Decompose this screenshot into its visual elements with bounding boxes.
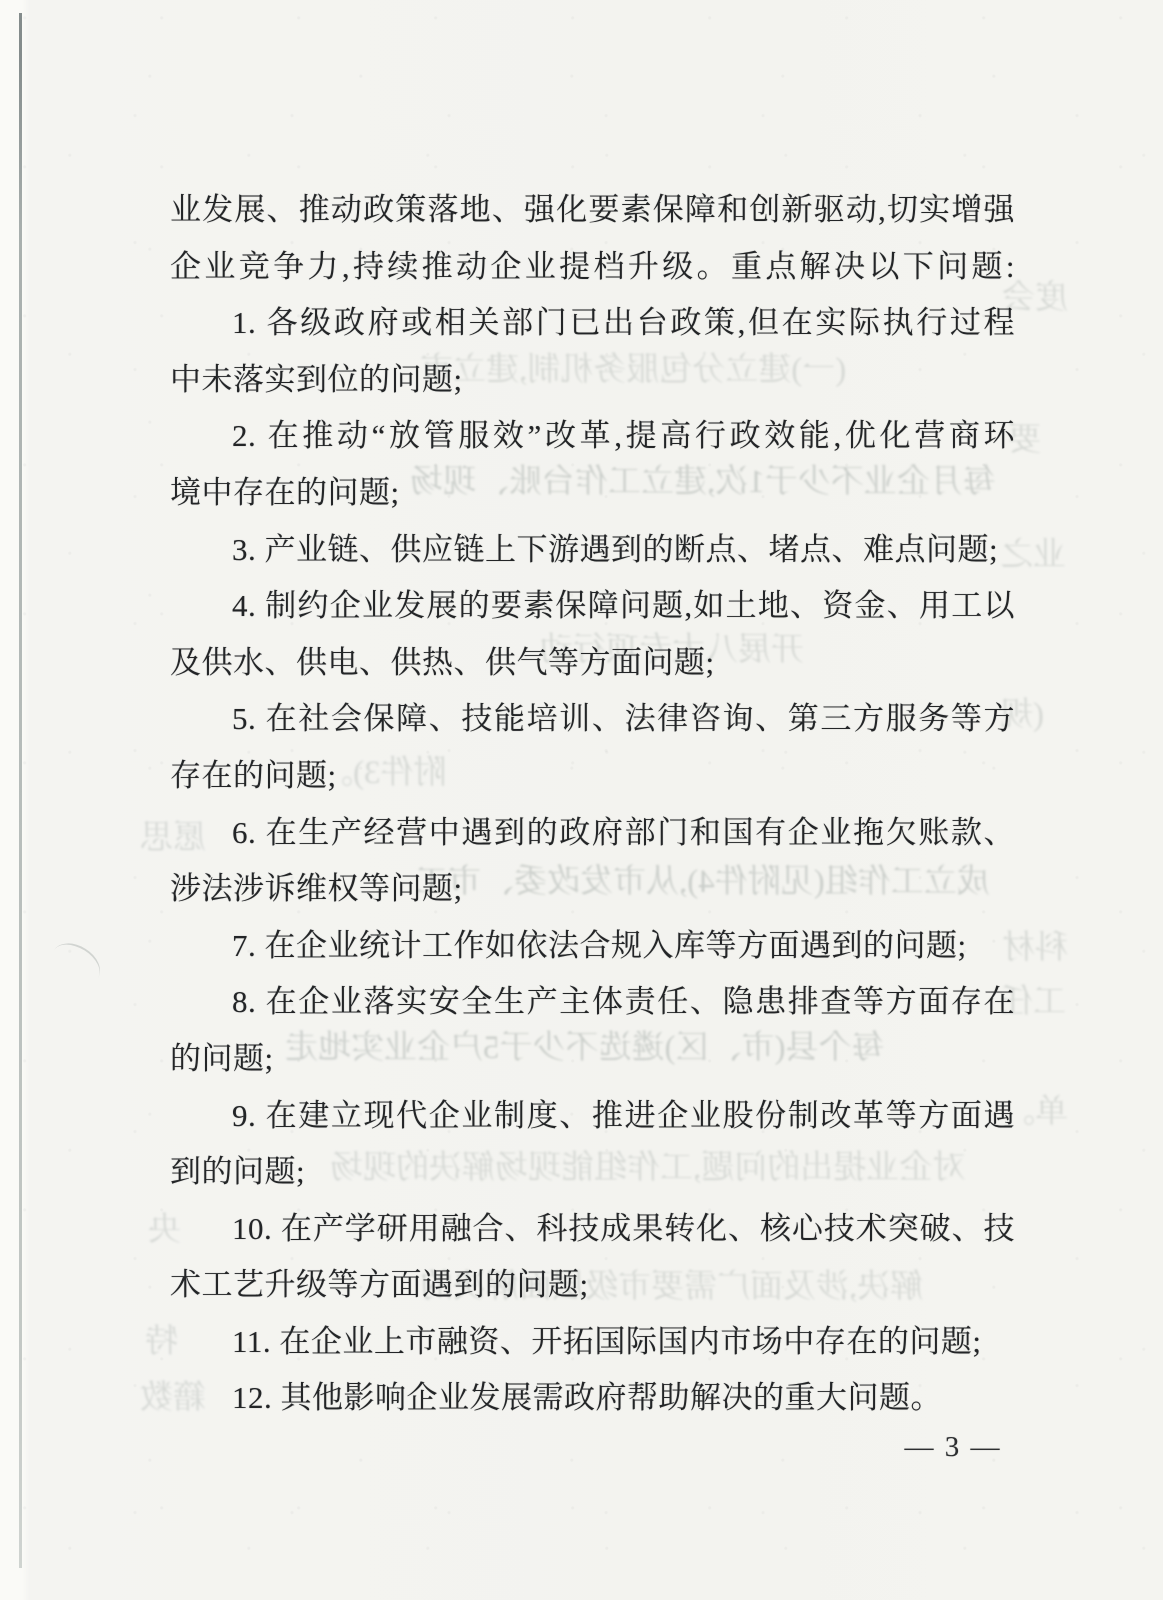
document-line: 企业竞争力,持续推动企业提档升级。重点解决以下问题:	[170, 239, 1015, 296]
document-line: 涉法涉诉维权等问题;	[170, 861, 1015, 918]
scan-binding-edge-line	[19, 13, 22, 1568]
document-line-item-12: 12. 其他影响企业发展需政府帮助解决的重大问题。	[170, 1370, 1015, 1427]
document-line-item-10: 10. 在产学研用融合、科技成果转化、核心技术突破、技	[170, 1201, 1015, 1258]
document-line-item-11: 11. 在企业上市融资、开拓国际国内市场中存在的问题;	[170, 1314, 1015, 1371]
document-line: 存在的问题;	[170, 748, 1015, 805]
page-number: — 3 —	[878, 1424, 1028, 1470]
document-body: 业发展、推动政策落地、强化要素保障和创新驱动,切实增强 企业竞争力,持续推动企业…	[170, 182, 1015, 1427]
document-line: 业发展、推动政策落地、强化要素保障和创新驱动,切实增强	[170, 182, 1015, 239]
document-line: 术工艺升级等方面遇到的问题;	[170, 1257, 1015, 1314]
document-line-item-6: 6. 在生产经营中遇到的政府部门和国有企业拖欠账款、	[170, 805, 1015, 862]
document-line: 到的问题;	[170, 1144, 1015, 1201]
document-line-item-8: 8. 在企业落实安全生产主体责任、隐患排查等方面存在	[170, 974, 1015, 1031]
document-line: 的问题;	[170, 1031, 1015, 1088]
document-line: 境中存在的问题;	[170, 465, 1015, 522]
document-line-item-5: 5. 在社会保障、技能培训、法律咨询、第三方服务等方面	[170, 691, 1015, 748]
document-line-item-9: 9. 在建立现代企业制度、推进企业股份制改革等方面遇	[170, 1088, 1015, 1145]
scan-scratch-mark	[44, 935, 107, 993]
document-line-item-4: 4. 制约企业发展的要素保障问题,如土地、资金、用工以	[170, 578, 1015, 635]
document-line-item-2: 2. 在推动“放管服效”改革,提高行政效能,优化营商环	[170, 408, 1015, 465]
document-line: 及供水、供电、供热、供气等方面问题;	[170, 635, 1015, 692]
document-line-item-7: 7. 在企业统计工作如依法合规入库等方面遇到的问题;	[170, 918, 1015, 975]
document-line: 中未落实到位的问题;	[170, 352, 1015, 409]
document-line-item-1: 1. 各级政府或相关部门已出台政策,但在实际执行过程	[170, 295, 1015, 352]
scanned-document-page: 度会 (一)建立分包服务机制,建立市 要 每月企业不少于1次,建立工作台账、现场…	[0, 0, 1163, 1600]
document-line-item-3: 3. 产业链、供应链上下游遇到的断点、堵点、难点问题;	[170, 522, 1015, 579]
